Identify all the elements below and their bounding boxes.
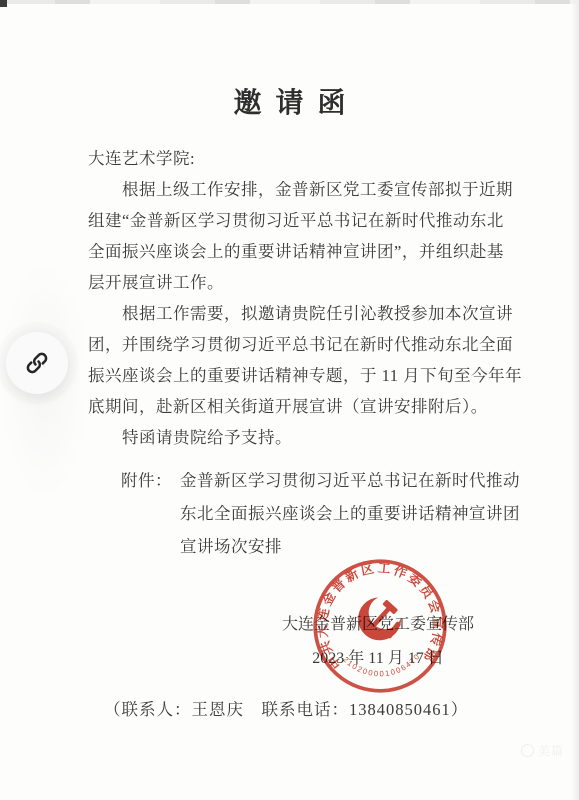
watermark-text: 美篇	[538, 742, 564, 759]
share-link-button[interactable]	[6, 332, 68, 394]
seal-serial-number: 210200001006470	[341, 651, 423, 680]
link-icon	[24, 350, 50, 376]
official-seal: 中共大连金普新区工作委员会宣传部 210200001006470	[304, 550, 455, 701]
letter-body: 大连艺术学院: 根据上级工作安排，金普新区党工委宣传部拟于近期组建“金普新区学习…	[88, 143, 518, 453]
scan-edge-artifact	[0, 0, 579, 4]
seal-arc-text-holder: 中共大连金普新区工作委员会宣传部	[311, 557, 448, 673]
paragraph-1: 根据上级工作安排，金普新区党工委宣传部拟于近期组建“金普新区学习贯彻习近平总书记…	[88, 174, 518, 298]
contact-line: （联系人：王恩庆 联系电话：13840850461）	[104, 696, 468, 720]
watermark-logo-icon	[521, 744, 534, 757]
seal-arc-text: 中共大连金普新区工作委员会宣传部	[311, 557, 448, 673]
paragraph-2: 根据工作需要，拟邀请贵院任引沁教授参加本次宣讲团，并围绕学习贯彻习近平总书记在新…	[88, 298, 518, 422]
scan-corner-artifact	[0, 0, 7, 7]
attachment-label: 附件：	[121, 464, 172, 563]
seal-serial-holder: 210200001006470	[341, 651, 423, 680]
app-watermark: 美篇	[521, 742, 564, 759]
attachment-section: 附件： 金普新区学习贯彻习近平总书记在新时代推动东北全面振兴座谈会上的重要讲话精…	[121, 464, 520, 563]
attachment-title: 金普新区学习贯彻习近平总书记在新时代推动东北全面振兴座谈会上的重要讲话精神宣讲团…	[180, 464, 520, 563]
paragraph-3: 特函请贵院给予支持。	[88, 422, 518, 453]
salutation: 大连艺术学院:	[88, 143, 518, 174]
letter-title: 邀请函	[0, 81, 579, 121]
hammer-and-sickle-emblem	[357, 596, 402, 641]
